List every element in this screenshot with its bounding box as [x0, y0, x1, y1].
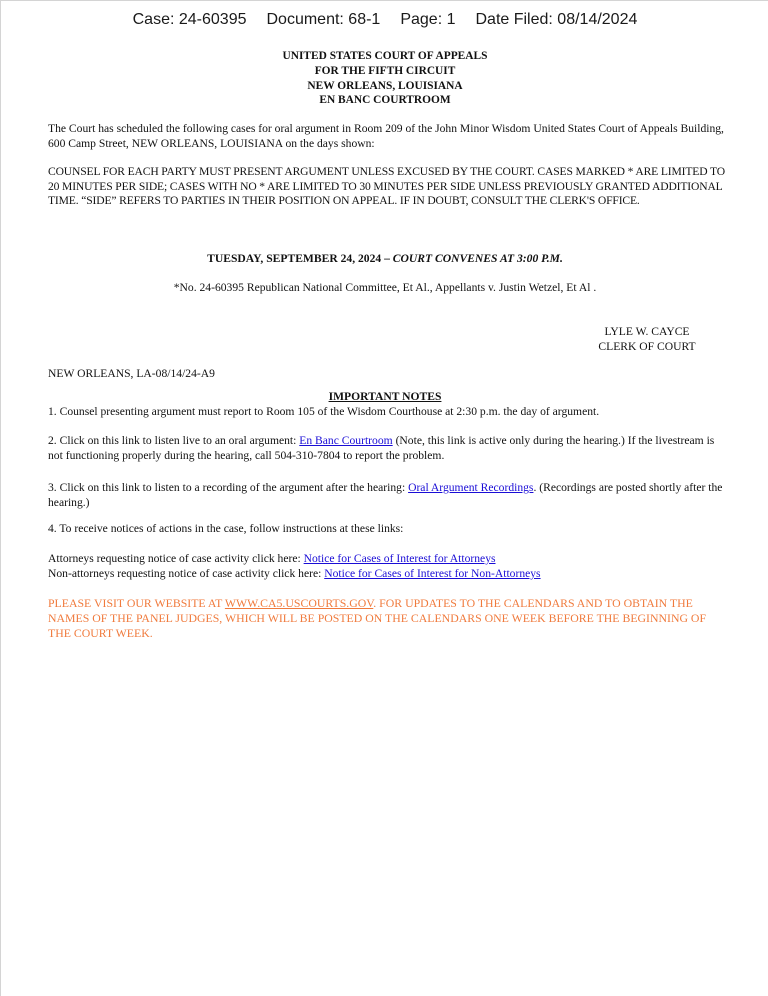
- stamp-case: Case: 24-60395: [133, 11, 247, 28]
- website-notice-text: PLEASE VISIT OUR WEBSITE AT: [48, 596, 225, 610]
- non-attorneys-notice-text: Non-attorneys requesting notice of case …: [48, 567, 324, 580]
- stamp-date-filed: Date Filed: 08/14/2024: [475, 11, 637, 28]
- non-attorneys-notice-line: Non-attorneys requesting notice of case …: [48, 567, 728, 582]
- case-entry: *No. 24-60395 Republican National Commit…: [1, 281, 768, 296]
- court-header-line: NEW ORLEANS, LOUISIANA: [1, 79, 768, 94]
- note-1: 1. Counsel presenting argument must repo…: [48, 405, 728, 420]
- stamp-page: Page: 1: [400, 11, 455, 28]
- important-notes-title: IMPORTANT NOTES: [1, 390, 768, 405]
- session-heading: TUESDAY, SEPTEMBER 24, 2024 – COURT CONV…: [1, 252, 768, 267]
- en-banc-courtroom-link[interactable]: En Banc Courtroom: [299, 434, 392, 447]
- court-header-line: UNITED STATES COURT OF APPEALS: [1, 49, 768, 64]
- ca5-website-link[interactable]: WWW.CA5.USCOURTS.GOV: [225, 596, 373, 610]
- attorneys-notice-text: Attorneys requesting notice of case acti…: [48, 552, 304, 565]
- note-3-text: 3. Click on this link to listen to a rec…: [48, 481, 408, 494]
- court-header-line: FOR THE FIFTH CIRCUIT: [1, 64, 768, 79]
- intro-paragraph: The Court has scheduled the following ca…: [48, 122, 728, 151]
- session-date: TUESDAY, SEPTEMBER 24, 2024 –: [207, 252, 393, 265]
- filing-stamp: Case: 24-60395Document: 68-1Page: 1Date …: [1, 13, 768, 28]
- clerk-title: CLERK OF COURT: [592, 340, 702, 355]
- session-convenes: COURT CONVENES AT 3:00 P.M.: [393, 252, 563, 265]
- non-attorneys-notice-link[interactable]: Notice for Cases of Interest for Non-Att…: [324, 567, 540, 580]
- stamp-document: Document: 68-1: [266, 11, 380, 28]
- location-code: NEW ORLEANS, LA-08/14/24-A9: [48, 367, 728, 382]
- note-2-text: 2. Click on this link to listen live to …: [48, 434, 299, 447]
- document-page: Case: 24-60395Document: 68-1Page: 1Date …: [1, 1, 768, 996]
- counsel-notice: COUNSEL FOR EACH PARTY MUST PRESENT ARGU…: [48, 165, 728, 209]
- note-2: 2. Click on this link to listen live to …: [48, 434, 728, 463]
- court-header-line: EN BANC COURTROOM: [1, 93, 768, 108]
- notice-links: Attorneys requesting notice of case acti…: [48, 552, 728, 581]
- website-notice: PLEASE VISIT OUR WEBSITE AT WWW.CA5.USCO…: [48, 596, 728, 641]
- oral-argument-recordings-link[interactable]: Oral Argument Recordings: [408, 481, 533, 494]
- clerk-name: LYLE W. CAYCE: [592, 325, 702, 340]
- attorneys-notice-link[interactable]: Notice for Cases of Interest for Attorne…: [304, 552, 496, 565]
- attorneys-notice-line: Attorneys requesting notice of case acti…: [48, 552, 728, 567]
- note-4: 4. To receive notices of actions in the …: [48, 522, 728, 537]
- note-3: 3. Click on this link to listen to a rec…: [48, 481, 728, 510]
- clerk-signature: LYLE W. CAYCE CLERK OF COURT: [592, 325, 702, 354]
- court-header: UNITED STATES COURT OF APPEALS FOR THE F…: [1, 49, 768, 108]
